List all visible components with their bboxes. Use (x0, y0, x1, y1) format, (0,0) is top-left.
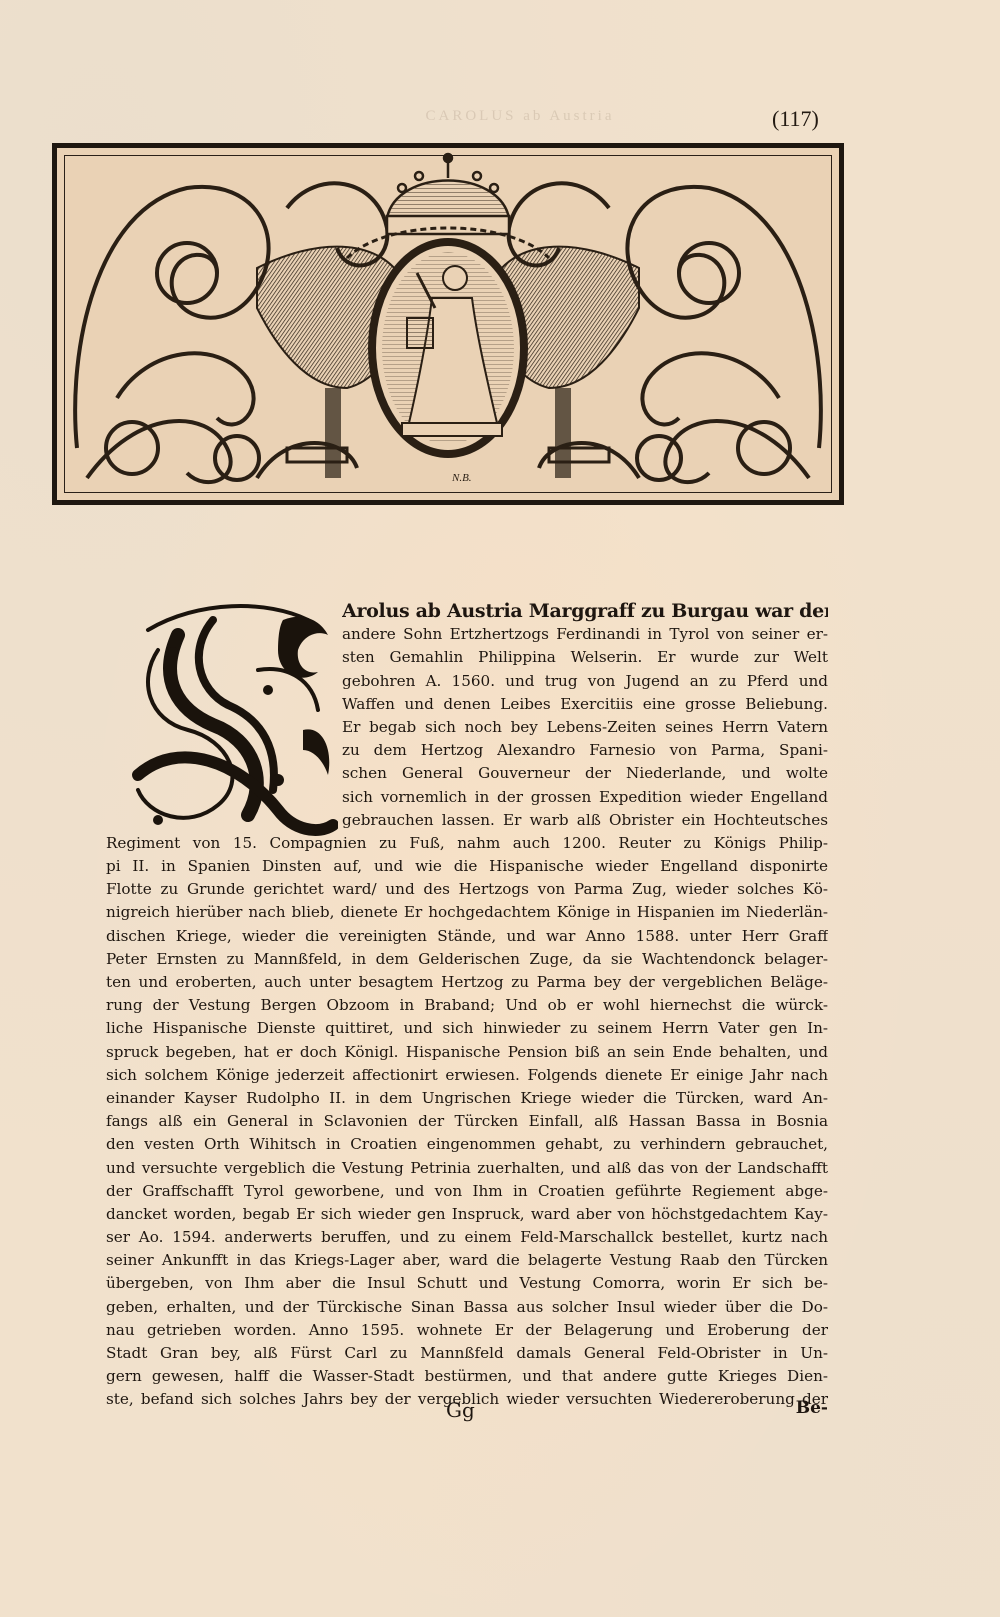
text-line: Waffen und denen Leibes Exercitiis eine … (342, 693, 828, 716)
main-text-block: Arolus ab Austria Marggraff zu Burgau wa… (106, 600, 828, 1412)
text-line: nau getrieben worden. Anno 1595. wohnete… (106, 1319, 828, 1342)
show-through-running-head: CAROLUS ab Austria (340, 108, 700, 125)
text-line: den vesten Orth Wihitsch in Croatien ein… (106, 1133, 828, 1156)
catchword: Be- (796, 1398, 828, 1418)
text-line: dancket worden, begab Er sich wieder gen… (106, 1203, 828, 1226)
engraved-headpiece: N.B. (52, 143, 844, 505)
text-line: übergeben, von Ihm aber die Insul Schutt… (106, 1272, 828, 1295)
text-line: andere Sohn Ertzhertzogs Ferdinandi in T… (342, 623, 828, 646)
text-line: gern gewesen, halff die Wasser-Stadt bes… (106, 1365, 828, 1388)
text-line: zu dem Hertzog Alexandro Farnesio von Pa… (342, 739, 828, 762)
text-line: nigreich hierüber nach blieb, dienete Er… (106, 901, 828, 924)
text-line: einander Kayser Rudolpho II. in dem Ungr… (106, 1087, 828, 1110)
headpiece-engraving-icon: N.B. (57, 148, 839, 500)
text-line: pi II. in Spanien Dinsten auf, und wie d… (106, 855, 828, 878)
text-line: spruck begeben, hat er doch Königl. Hisp… (106, 1041, 828, 1064)
text-line: seiner Ankunfft in das Kriegs-Lager aber… (106, 1249, 828, 1272)
text-line: ser Ao. 1594. anderwerts beruffen, und z… (106, 1226, 828, 1249)
text-line: sich vornemlich in der grossen Expeditio… (342, 786, 828, 809)
text-line: sich solchem Könige jederzeit affectioni… (106, 1064, 828, 1087)
text-line: schen General Gouverneur der Niederlande… (342, 762, 828, 785)
signature-mark: Gg (446, 1398, 475, 1422)
text-line: dischen Kriege, wieder die vereinigten S… (106, 925, 828, 948)
text-line: ten und eroberten, auch unter besagtem H… (106, 971, 828, 994)
text-line: Arolus ab Austria Marggraff zu Burgau wa… (342, 600, 828, 623)
text-line: gebrauchen lassen. Er warb alß Obrister … (342, 809, 828, 832)
text-line: Stadt Gran bey, alß Fürst Carl zu Mannßf… (106, 1342, 828, 1365)
text-line: rung der Vestung Bergen Obzoom in Braban… (106, 994, 828, 1017)
page-number: (117) (772, 106, 819, 132)
page-footer: Gg Be- (106, 1398, 828, 1428)
text-line: fangs alß ein General in Sclavonien der … (106, 1110, 828, 1133)
engraver-initials: N.B. (451, 472, 472, 484)
text-line: und versuchte vergeblich die Vestung Pet… (106, 1157, 828, 1180)
text-line: liche Hispanische Dienste quittiret, und… (106, 1017, 828, 1040)
text-line: sten Gemahlin Philippina Welserin. Er wu… (342, 646, 828, 669)
text-line: Flotte zu Grunde gerichtet ward/ und des… (106, 878, 828, 901)
text-line: Regiment von 15. Compagnien zu Fuß, nahm… (106, 832, 828, 855)
text-line: Er begab sich noch bey Lebens-Zeiten sei… (342, 716, 828, 739)
text-line: der Graffschafft Tyrol geworbene, und vo… (106, 1180, 828, 1203)
text-line: Peter Ernsten zu Mannßfeld, in dem Gelde… (106, 948, 828, 971)
text-line: gebohren A. 1560. und trug von Jugend an… (342, 670, 828, 693)
text-line: geben, erhalten, und der Türckische Sina… (106, 1296, 828, 1319)
